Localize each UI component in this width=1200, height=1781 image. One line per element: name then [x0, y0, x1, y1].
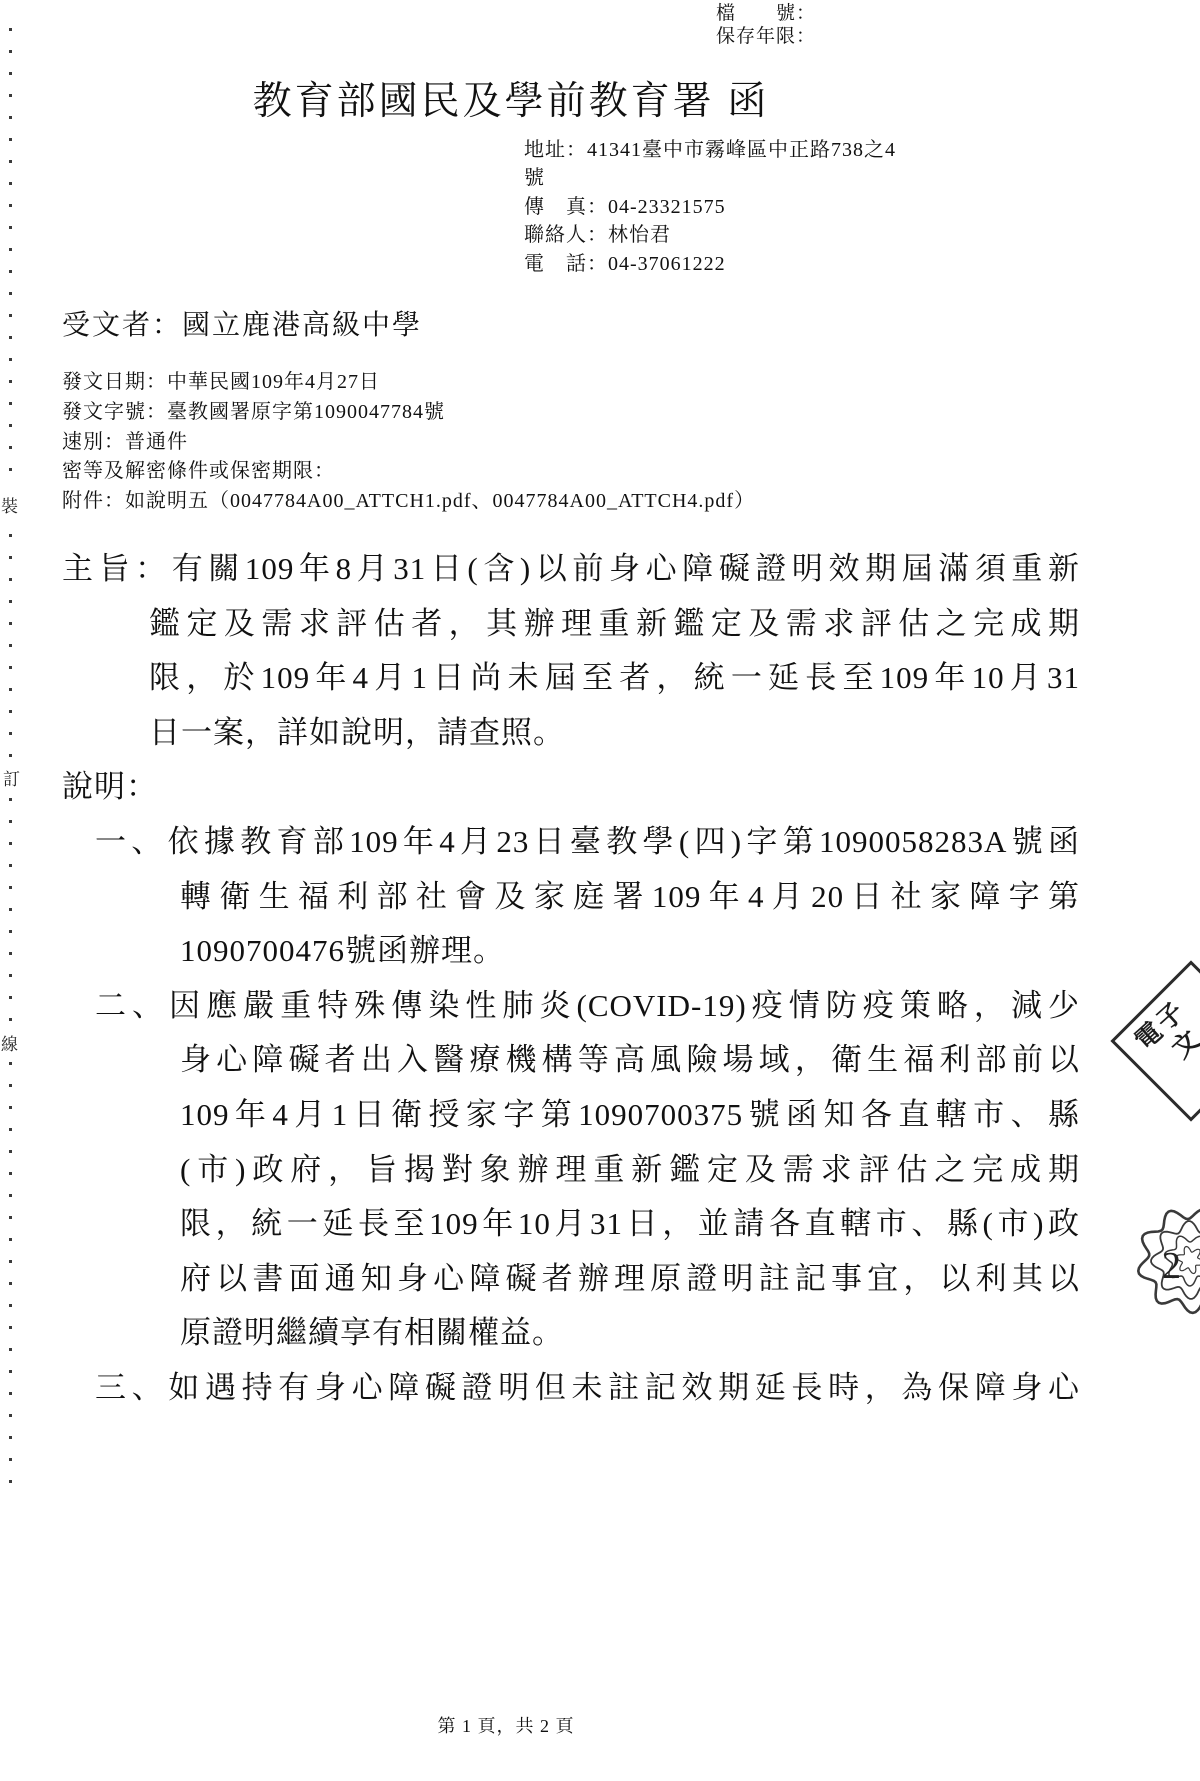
item-text: 依據教育部109年4月23日臺教學(四)字第1090058283A號函 [168, 824, 1080, 859]
sender-contact-block: 地址：41341臺中市霧峰區中正路738之4 號 傳 真：04-23321575… [524, 136, 896, 278]
retention-period-label: 保存年限： [716, 25, 816, 48]
binding-mark-zhuang: 裝 [1, 490, 18, 519]
recipient-line: 受文者：國立鹿港高級中學 [62, 303, 422, 343]
sender-address-line1: 地址：41341臺中市霧峰區中正路738之4 [524, 136, 896, 164]
official-letter-page: 裝 訂 線 檔 號： 保存年限： 教育部國民及學前教育署 函 地址：41341臺… [0, 0, 1200, 1781]
list-item-1-line: 轉衛生福利部社會及家庭署109年4月20日社家障字第 [62, 870, 1080, 925]
list-item-2-line: 原證明繼續享有相關權益。 [62, 1306, 1080, 1361]
list-item-2-line: 109年4月1日衛授家字第1090700375號函知各直轄市、縣 [62, 1088, 1080, 1143]
list-item-2-line: 二、因應嚴重特殊傳染性肺炎(COVID-19)疫情防疫策略，減少 [62, 979, 1080, 1034]
item-number: 二、 [95, 988, 169, 1023]
document-body: 主旨：有關109年8月31日(含)以前身心障礙證明效期屆滿須重新 鑑定及需求評估… [62, 542, 1080, 1416]
sender-phone: 電 話：04-37061222 [524, 250, 896, 278]
item-text: 因應嚴重特殊傳染性肺炎(COVID-19)疫情防疫策略，減少 [169, 988, 1080, 1023]
binding-dotted-line [9, 28, 12, 1496]
list-item-3-line: 三、如遇持有身心障礙證明但未註記效期延長時，為保障身心 [62, 1361, 1080, 1416]
reference-number-line: 發文字號：臺教國署原字第1090047784號 [62, 398, 755, 428]
binding-mark-ding: 訂 [3, 763, 20, 792]
security-class-line: 密等及解密條件或保密期限： [62, 457, 755, 487]
page-flag-number: 2 [1162, 1245, 1181, 1287]
list-item-1-line: 一、依據教育部109年4月23日臺教學(四)字第1090058283A號函 [62, 815, 1080, 870]
subject-line: 鑑定及需求評估者，其辦理重新鑑定及需求評估之完成期 [62, 597, 1080, 652]
speed-class-line: 速別：普通件 [62, 428, 755, 458]
file-number-label: 檔 號： [716, 2, 816, 25]
sender-fax: 傳 真：04-23321575 [524, 193, 896, 221]
subject-label: 主旨： [62, 551, 172, 586]
binding-mark-xian: 線 [1, 1028, 18, 1057]
item-text: 如遇持有身心障礙證明但未註記效期延長時，為保障身心 [168, 1370, 1080, 1405]
electronic-exchange-stamp: 電子 文 [1126, 976, 1200, 1106]
sender-address-line2: 號 [524, 164, 896, 192]
item-number: 一、 [95, 824, 168, 859]
scallop-graphic: 2 [1128, 1200, 1200, 1330]
issue-date-line: 發文日期：中華民國109年4月27日 [62, 368, 755, 398]
item-number: 三、 [95, 1370, 168, 1405]
subject-line: 限，於109年4月1日尚未屆至者，統一延長至109年10月31 [62, 651, 1080, 706]
list-item-2-line: (市)政府，旨揭對象辦理重新鑑定及需求評估之完成期 [62, 1143, 1080, 1198]
sender-contact-person: 聯絡人：林怡君 [524, 221, 896, 249]
attachment-line: 附件：如說明五（0047784A00_ATTCH1.pdf、0047784A00… [62, 487, 755, 517]
list-item-1-line: 1090700476號函辦理。 [62, 924, 1080, 979]
document-meta-block: 發文日期：中華民國109年4月27日 發文字號：臺教國署原字第109004778… [62, 368, 755, 517]
archive-labels: 檔 號： 保存年限： [716, 2, 816, 48]
document-title: 教育部國民及學前教育署 函 [0, 70, 1022, 126]
list-item-2-line: 身心障礙者出入醫療機構等高風險場域，衛生福利部前以 [62, 1033, 1080, 1088]
explanation-label: 說明： [62, 760, 1080, 815]
list-item-2-line: 府以書面通知身心障礙者辦理原證明註記事宜，以利其以 [62, 1252, 1080, 1307]
page-curl-badge: 2 [1128, 1200, 1200, 1330]
subject-text: 有關109年8月31日(含)以前身心障礙證明效期屆滿須重新 [172, 551, 1080, 586]
list-item-2-line: 限，統一延長至109年10月31日，並請各直轄市、縣(市)政 [62, 1197, 1080, 1252]
footer-page-number: 第 1 頁，共 2 頁 [0, 1712, 1012, 1738]
subject-line: 日一案，詳如說明，請查照。 [62, 706, 1080, 761]
subject-line: 主旨：有關109年8月31日(含)以前身心障礙證明效期屆滿須重新 [62, 542, 1080, 597]
